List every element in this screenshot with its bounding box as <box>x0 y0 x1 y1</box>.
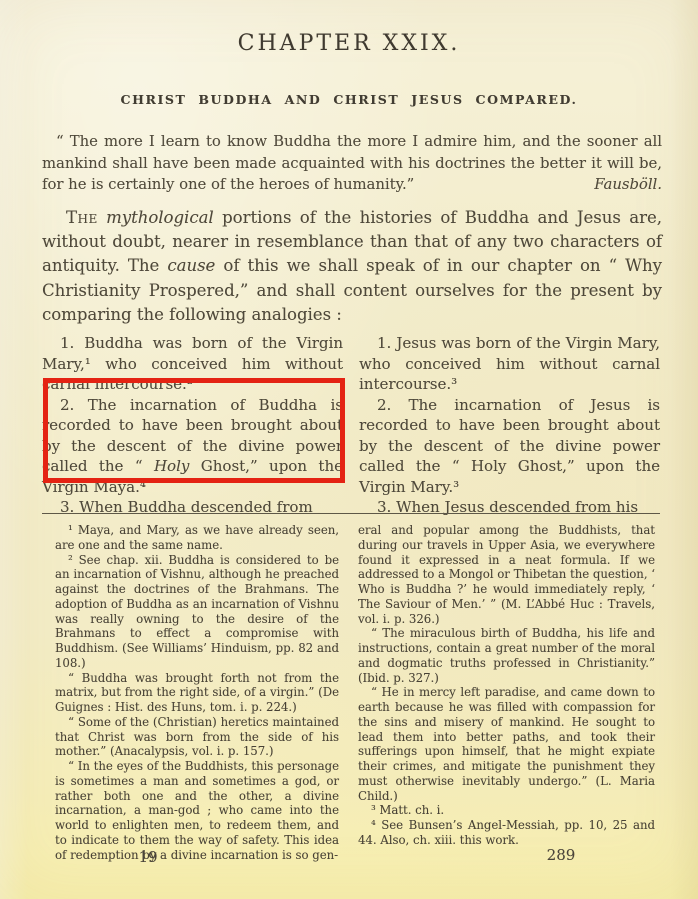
epigraph-text: “ The more I learn to know Buddha the mo… <box>42 133 662 193</box>
section-title: CHRIST BUDDHA AND CHRIST JESUS COMPARED. <box>0 92 698 107</box>
chapter-heading: CHAPTER XXIX. <box>0 31 698 56</box>
footnote-quote-buddhists: “ In the eyes of the Buddhists, this per… <box>55 759 339 862</box>
footnote-quote-miraculous-birth: “ The miraculous birth of Buddha, his li… <box>358 626 655 685</box>
epigraph-attribution: Fausböll. <box>594 174 662 196</box>
jesus-item-1: 1. Jesus was born of the Virgin Mary, wh… <box>359 333 660 395</box>
jesus-item-3: 3. When Jesus descended from his <box>359 497 660 518</box>
buddha-item-3: 3. When Buddha descended from <box>42 497 343 518</box>
footnote-quote-maria-child: “ He in mercy left paradise, and came do… <box>358 685 655 803</box>
footnote-3: ³ Matt. ch. i. <box>358 803 655 818</box>
footnote-quote-de-guignes: “ Buddha was brought forth not from the … <box>55 671 339 715</box>
footnote-divider-rule <box>42 513 660 514</box>
comparison-column-buddha: 1. Buddha was born of the Virgin Mary,¹ … <box>42 333 343 518</box>
page-number: 289 <box>539 846 583 864</box>
footnote-1: ¹ Maya, and Mary, as we have already see… <box>55 523 339 553</box>
footnotes-right-column: eral and popular among the Buddhists, th… <box>358 523 655 862</box>
intro-italic-cause: cause <box>167 256 215 275</box>
buddha-item-1: 1. Buddha was born of the Virgin Mary,¹ … <box>42 333 343 395</box>
signature-number: 19 <box>128 848 168 866</box>
buddha-item-2-italic-holy: Holy <box>154 457 189 475</box>
footnotes-left-column: ¹ Maya, and Mary, as we have already see… <box>55 523 339 862</box>
footnote-4: ⁴ See Bunsen’s Angel-Messiah, pp. 10, 25… <box>358 818 655 848</box>
comparison-column-jesus: 1. Jesus was born of the Virgin Mary, wh… <box>359 333 660 518</box>
comparison-columns: 1. Buddha was born of the Virgin Mary,¹ … <box>42 333 660 518</box>
intro-paragraph: The mythological portions of the histori… <box>42 206 662 327</box>
footnote-2: ² See chap. xii. Buddha is considered to… <box>55 553 339 671</box>
jesus-item-2: 2. The incarnation of Jesus is recorded … <box>359 395 660 498</box>
intro-lead-word: The <box>66 208 98 227</box>
buddha-item-2: 2. The incarnation of Buddha is recorded… <box>42 395 343 498</box>
book-page: CHAPTER XXIX. CHRIST BUDDHA AND CHRIST J… <box>0 0 698 899</box>
footnote-quote-buddhists-continued: eral and popular among the Buddhists, th… <box>358 523 655 626</box>
intro-italic-mythological: mythological <box>106 208 214 227</box>
footnote-quote-anacalypsis: “ Some of the (Christian) heretics maint… <box>55 715 339 759</box>
epigraph-quote: “ The more I learn to know Buddha the mo… <box>42 131 662 196</box>
footnotes-section: ¹ Maya, and Mary, as we have already see… <box>55 523 655 862</box>
